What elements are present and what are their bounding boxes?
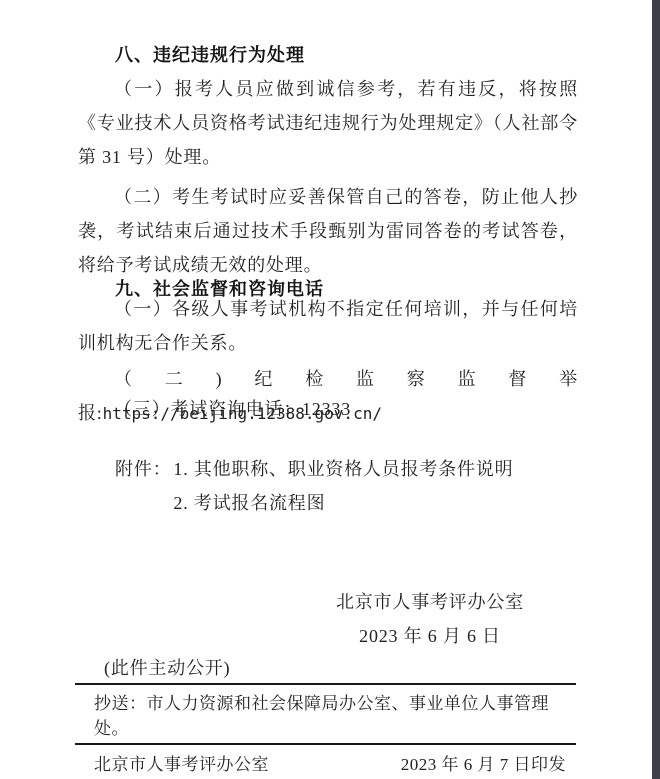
publicity-note: (此件主动公开)	[104, 654, 230, 680]
section-8-item-2: （二）考生考试时应妥善保管自己的答卷，防止他人抄袭，考试结束后通过技术手段甄别为…	[78, 180, 578, 282]
document-footer: 抄送：市人力资源和社会保障局办公室、事业单位人事管理处。 北京市人事考评办公室 …	[75, 683, 576, 779]
cc-line: 抄送：市人力资源和社会保障局办公室、事业单位人事管理处。	[75, 683, 576, 745]
attachment-item-2: 2. 考试报名流程图	[173, 486, 513, 520]
section-9-item-3: （三）考试咨询电话：12333	[78, 392, 578, 426]
section-8-heading: 八、违纪违规行为处理	[78, 41, 615, 69]
issuing-authority: 北京市人事考评办公室	[300, 585, 560, 619]
attachment-item-1: 1. 其他职称、职业资格人员报考条件说明	[173, 452, 513, 486]
document-page: 八、违纪违规行为处理 （一）报考人员应做到诚信参考，若有违反，将按照《专业技术人…	[0, 0, 660, 779]
issue-date: 2023 年 6 月 6 日	[300, 619, 560, 653]
print-office: 北京市人事考评办公室	[94, 750, 269, 775]
attachments-list: 1. 其他职称、职业资格人员报考条件说明 2. 考试报名流程图	[173, 452, 513, 520]
viewer-edge-strip	[652, 0, 660, 779]
section-8-item-1: （一）报考人员应做到诚信参考，若有违反，将按照《专业技术人员资格考试违纪违规行为…	[78, 72, 578, 174]
signature-block: 北京市人事考评办公室 2023 年 6 月 6 日	[300, 585, 560, 653]
attachments-label: 附件：	[115, 452, 171, 486]
attachments-block: 附件： 1. 其他职称、职业资格人员报考条件说明 2. 考试报名流程图	[78, 452, 615, 520]
print-line: 北京市人事考评办公室 2023 年 6 月 7 日印发	[75, 745, 576, 779]
print-date: 2023 年 6 月 7 日印发	[401, 750, 566, 775]
section-9-item-1: （一）各级人事考试机构不指定任何培训，并与任何培训机构无合作关系。	[78, 292, 578, 360]
